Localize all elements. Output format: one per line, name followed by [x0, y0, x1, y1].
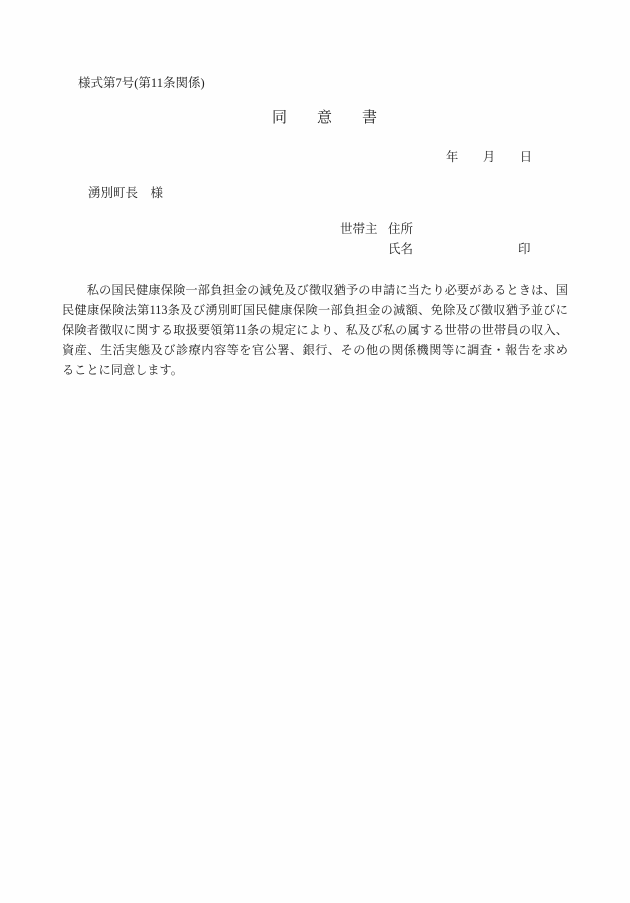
document-title: 同 意 書 — [272, 109, 377, 127]
form-number: 様式第7号(第11条関係) — [78, 76, 205, 91]
paragraph-line: ることに同意します。 — [62, 360, 568, 380]
seal-label: 印 — [518, 241, 531, 257]
paragraph-line: 私の国民健康保険一部負担金の減免及び徴収猶予の申請に当たり必要があるときは、国 — [62, 280, 568, 300]
paragraph-line: 保険者徴収に関する取扱要領第11条の規定により、私及び私の属する世帯の世帯員の収… — [62, 320, 568, 340]
document-page: 様式第7号(第11条関係) 同 意 書 年 月 日 湧別町長 様 世帯主 住所 … — [0, 0, 630, 903]
name-label: 氏名 — [388, 241, 413, 257]
address-label: 住所 — [388, 221, 413, 237]
addressee: 湧別町長 様 — [88, 185, 163, 201]
consent-paragraph: 私の国民健康保険一部負担金の減免及び徴収猶予の申請に当たり必要があるときは、国 … — [62, 280, 568, 380]
paragraph-line: 資産、生活実態及び診療内容等を官公署、銀行、その他の関係機関等に調査・報告を求め — [62, 340, 568, 360]
householder-label: 世帯主 — [340, 221, 378, 237]
date-line: 年 月 日 — [446, 149, 532, 165]
paragraph-line: 民健康保険法第113条及び湧別町国民健康保険一部負担金の減額、免除及び徴収猶予並… — [62, 300, 568, 320]
